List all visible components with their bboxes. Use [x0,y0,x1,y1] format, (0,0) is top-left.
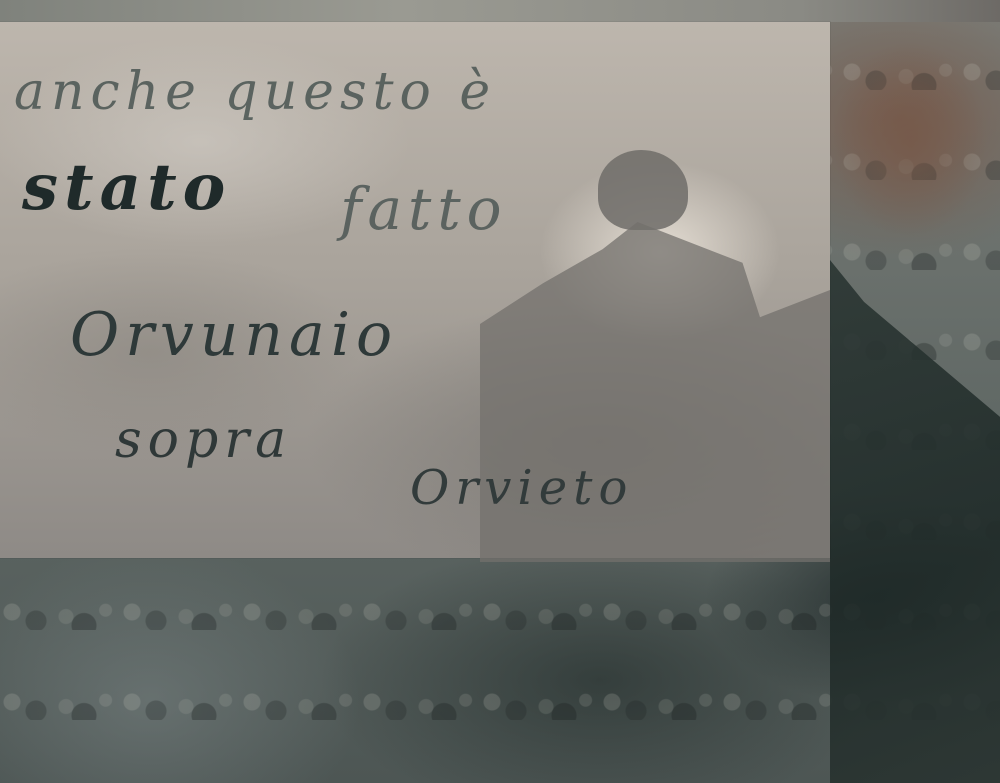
handwriting-line-3: Orvunaio [70,300,398,370]
vintage-photograph: anche questo è stato fatto Orvunaio sopr… [0,0,1000,783]
handwriting-line-2a: stato [22,150,231,225]
brown-stain [820,0,1000,300]
handwriting-line-2b: fatto [340,175,508,243]
handwriting-line-1: anche questo è [14,62,496,122]
handwriting-line-4a: sopra [115,410,292,470]
handwriting-line-4b: Orvieto [410,460,633,516]
figure-head-with-cap [598,150,688,230]
